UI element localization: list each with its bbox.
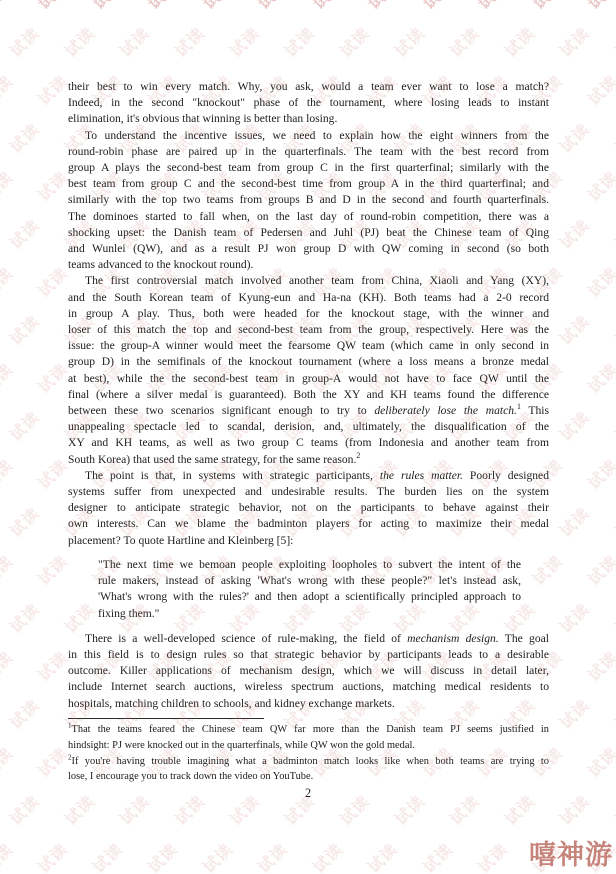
watermark-stamp: 试读 [32, 645, 72, 685]
watermark-stamp: 试读 [582, 453, 616, 493]
watermark-stamp: 试读 [0, 165, 17, 205]
watermark-stamp: 试读 [582, 741, 616, 781]
text-line: systems suffer from unexpected and undes… [68, 484, 549, 500]
text-line: unappealing spectacle led to scandal, de… [68, 419, 549, 435]
text-line: outcome. Killer applications of mechanis… [68, 663, 549, 679]
watermark-stamp: 试读 [224, 21, 264, 61]
watermark-stamp: 试读 [87, 837, 127, 874]
watermark-stamp: 试读 [417, 837, 457, 874]
text-line: placement? To quote Hartline and Kleinbe… [68, 533, 549, 549]
text-line: Indeed, in the second "knockout" phase o… [68, 95, 549, 111]
text-line: The point is that, in systems with strat… [68, 468, 549, 484]
watermark-stamp: 试读 [0, 453, 17, 493]
watermark-stamp: 试读 [32, 0, 72, 14]
body-text: their best to win every match. Why, you … [68, 79, 549, 712]
watermark-stamp: 试读 [582, 645, 616, 685]
watermark-stamp: 试读 [0, 741, 17, 781]
watermark-stamp: 试读 [142, 837, 182, 874]
watermark-stamp: 试读 [4, 597, 44, 637]
text-line: final (where a silver medal is guarantee… [68, 387, 549, 403]
watermark-stamp: 试读 [499, 21, 539, 61]
text-line: "The next time we bemoan people exploiti… [98, 557, 521, 573]
text-line: round-robin phase are paired up in the q… [68, 144, 549, 160]
watermark-stamp: 试读 [114, 21, 154, 61]
watermark-stamp: 试读 [32, 549, 72, 589]
paragraph: their best to win every match. Why, you … [68, 79, 549, 128]
text-line: 2If you're having trouble imagining what… [68, 754, 549, 770]
watermark-stamp: 试读 [0, 261, 17, 301]
text-line: There is a well-developed science of rul… [68, 631, 549, 647]
text-line: their best to win every match. Why, you … [68, 79, 549, 95]
watermark-stamp: 试读 [252, 837, 292, 874]
watermark-stamp: 试读 [609, 597, 616, 637]
footnotes: 1That the teams feared the Chinese team … [68, 722, 549, 786]
watermark-stamp: 试读 [582, 549, 616, 589]
text-line: South Korea) that used the same strategy… [68, 452, 549, 468]
text-line: lose, I encourage you to track down the … [68, 769, 549, 785]
watermark-stamp: 试读 [609, 693, 616, 733]
document-page: their best to win every match. Why, you … [0, 0, 616, 874]
watermark-stamp: 试读 [609, 21, 616, 61]
watermark-stamp: 试读 [0, 0, 17, 14]
watermark-stamp: 试读 [4, 501, 44, 541]
text-line: XY and KH teams, as well as two group C … [68, 435, 549, 451]
watermark-stamp: 试读 [554, 405, 594, 445]
text-line: include Internet search auctions, wirele… [68, 679, 549, 695]
watermark-stamp: 试读 [4, 117, 44, 157]
watermark-stamp: 试读 [197, 0, 237, 14]
text-line: in this field is to design rules so that… [68, 647, 549, 663]
text-line: group D) in the semifinals of the knocko… [68, 354, 549, 370]
page-number: 2 [0, 786, 616, 801]
watermark-stamp: 试读 [389, 21, 429, 61]
text-line: hindsight: PJ were knocked out in the qu… [68, 738, 549, 754]
footnote-rule [68, 718, 264, 719]
text-line: shocking upset: the Danish team of Peder… [68, 225, 549, 241]
text-line: 1That the teams feared the Chinese team … [68, 722, 549, 738]
watermark-stamp: 试读 [582, 69, 616, 109]
text-line: and the South Korean team of Kyung-eun a… [68, 290, 549, 306]
watermark-stamp: 试读 [0, 837, 17, 874]
watermark-stamp: 试读 [4, 309, 44, 349]
watermark-stamp: 试读 [554, 117, 594, 157]
watermark-stamp: 试读 [362, 837, 402, 874]
text-line: fixing them." [98, 606, 521, 622]
watermark-stamp: 试读 [472, 0, 512, 14]
watermark-stamp: 试读 [252, 0, 292, 14]
watermark-stamp: 试读 [32, 741, 72, 781]
watermark-stamp: 试读 [32, 165, 72, 205]
text-line: own interests. Can we blame the badminto… [68, 516, 549, 532]
watermark-stamp: 试读 [32, 69, 72, 109]
text-line: The dominoes started to fall when, on th… [68, 209, 549, 225]
text-line: between these two scenarios significant … [68, 403, 549, 419]
watermark-stamp: 试读 [307, 0, 347, 14]
text-line: in group A play. Thus, both were headed … [68, 306, 549, 322]
text-line: group A plays the second-best team from … [68, 160, 549, 176]
watermark-stamp: 试读 [4, 693, 44, 733]
text-line: The first controversial match involved a… [68, 273, 549, 289]
brand-watermark: 嘻神游 [529, 833, 613, 872]
watermark-stamp: 试读 [582, 165, 616, 205]
watermark-stamp: 试读 [4, 213, 44, 253]
text-line: and Wunlei (QW), and as a result PJ won … [68, 241, 549, 257]
watermark-stamp: 试读 [609, 501, 616, 541]
block-quote: "The next time we bemoan people exploiti… [68, 557, 549, 622]
watermark-stamp: 试读 [279, 21, 319, 61]
watermark-stamp: 试读 [554, 309, 594, 349]
text-line: 'What's wrong with the rules?' and then … [98, 589, 521, 605]
watermark-stamp: 试读 [554, 501, 594, 541]
watermark-stamp: 试读 [554, 213, 594, 253]
text-line: rule makers, instead of asking 'What's w… [98, 573, 521, 589]
text-line: designer to anticipate strategic behavio… [68, 500, 549, 516]
watermark-stamp: 试读 [307, 837, 347, 874]
watermark-stamp: 试读 [32, 837, 72, 874]
text-line: at best), while the the second-best team… [68, 371, 549, 387]
watermark-stamp: 试读 [362, 0, 402, 14]
watermark-stamp: 试读 [4, 405, 44, 445]
watermark-stamp: 试读 [334, 21, 374, 61]
text-line: similarly with the top two teams from gr… [68, 192, 549, 208]
text-block: their best to win every match. Why, you … [68, 79, 549, 785]
watermark-stamp: 试读 [582, 261, 616, 301]
watermark-stamp: 试读 [87, 0, 127, 14]
watermark-stamp: 试读 [554, 693, 594, 733]
text-line: To understand the incentive issues, we n… [68, 128, 549, 144]
watermark-stamp: 试读 [197, 837, 237, 874]
text-line: teams advanced to the knockout round). [68, 257, 549, 273]
text-line: issue: the group-A winner would meet the… [68, 338, 549, 354]
watermark-stamp: 试读 [609, 405, 616, 445]
watermark-stamp: 试读 [444, 21, 484, 61]
footnote: 2If you're having trouble imagining what… [68, 754, 549, 786]
watermark-stamp: 试读 [59, 21, 99, 61]
watermark-stamp: 试读 [554, 597, 594, 637]
watermark-stamp: 试读 [169, 21, 209, 61]
text-line: elimination, it's obvious that winning i… [68, 111, 549, 127]
watermark-stamp: 试读 [32, 453, 72, 493]
watermark-stamp: 试读 [0, 645, 17, 685]
watermark-stamp: 试读 [0, 357, 17, 397]
watermark-stamp: 试读 [142, 0, 182, 14]
watermark-stamp: 试读 [609, 309, 616, 349]
text-line: loser of this match the top and second-b… [68, 322, 549, 338]
watermark-stamp: 试读 [527, 0, 567, 14]
watermark-stamp: 试读 [0, 549, 17, 589]
watermark-stamp: 试读 [32, 261, 72, 301]
watermark-stamp: 试读 [32, 357, 72, 397]
watermark-stamp: 试读 [609, 117, 616, 157]
watermark-stamp: 试读 [554, 21, 594, 61]
text-line: best team from group C and the second-be… [68, 176, 549, 192]
paragraph: To understand the incentive issues, we n… [68, 128, 549, 274]
watermark-stamp: 试读 [472, 837, 512, 874]
watermark-stamp: 试读 [4, 21, 44, 61]
watermark-stamp: 试读 [609, 213, 616, 253]
paragraph: The point is that, in systems with strat… [68, 468, 549, 549]
watermark-stamp: 试读 [582, 357, 616, 397]
watermark-stamp: 试读 [0, 69, 17, 109]
paragraph: There is a well-developed science of rul… [68, 631, 549, 712]
footnote: 1That the teams feared the Chinese team … [68, 722, 549, 754]
watermark-stamp: 试读 [417, 0, 457, 14]
text-line: hospitals, matching children to schools,… [68, 696, 549, 712]
paragraph: The first controversial match involved a… [68, 273, 549, 467]
watermark-stamp: 试读 [582, 0, 616, 14]
